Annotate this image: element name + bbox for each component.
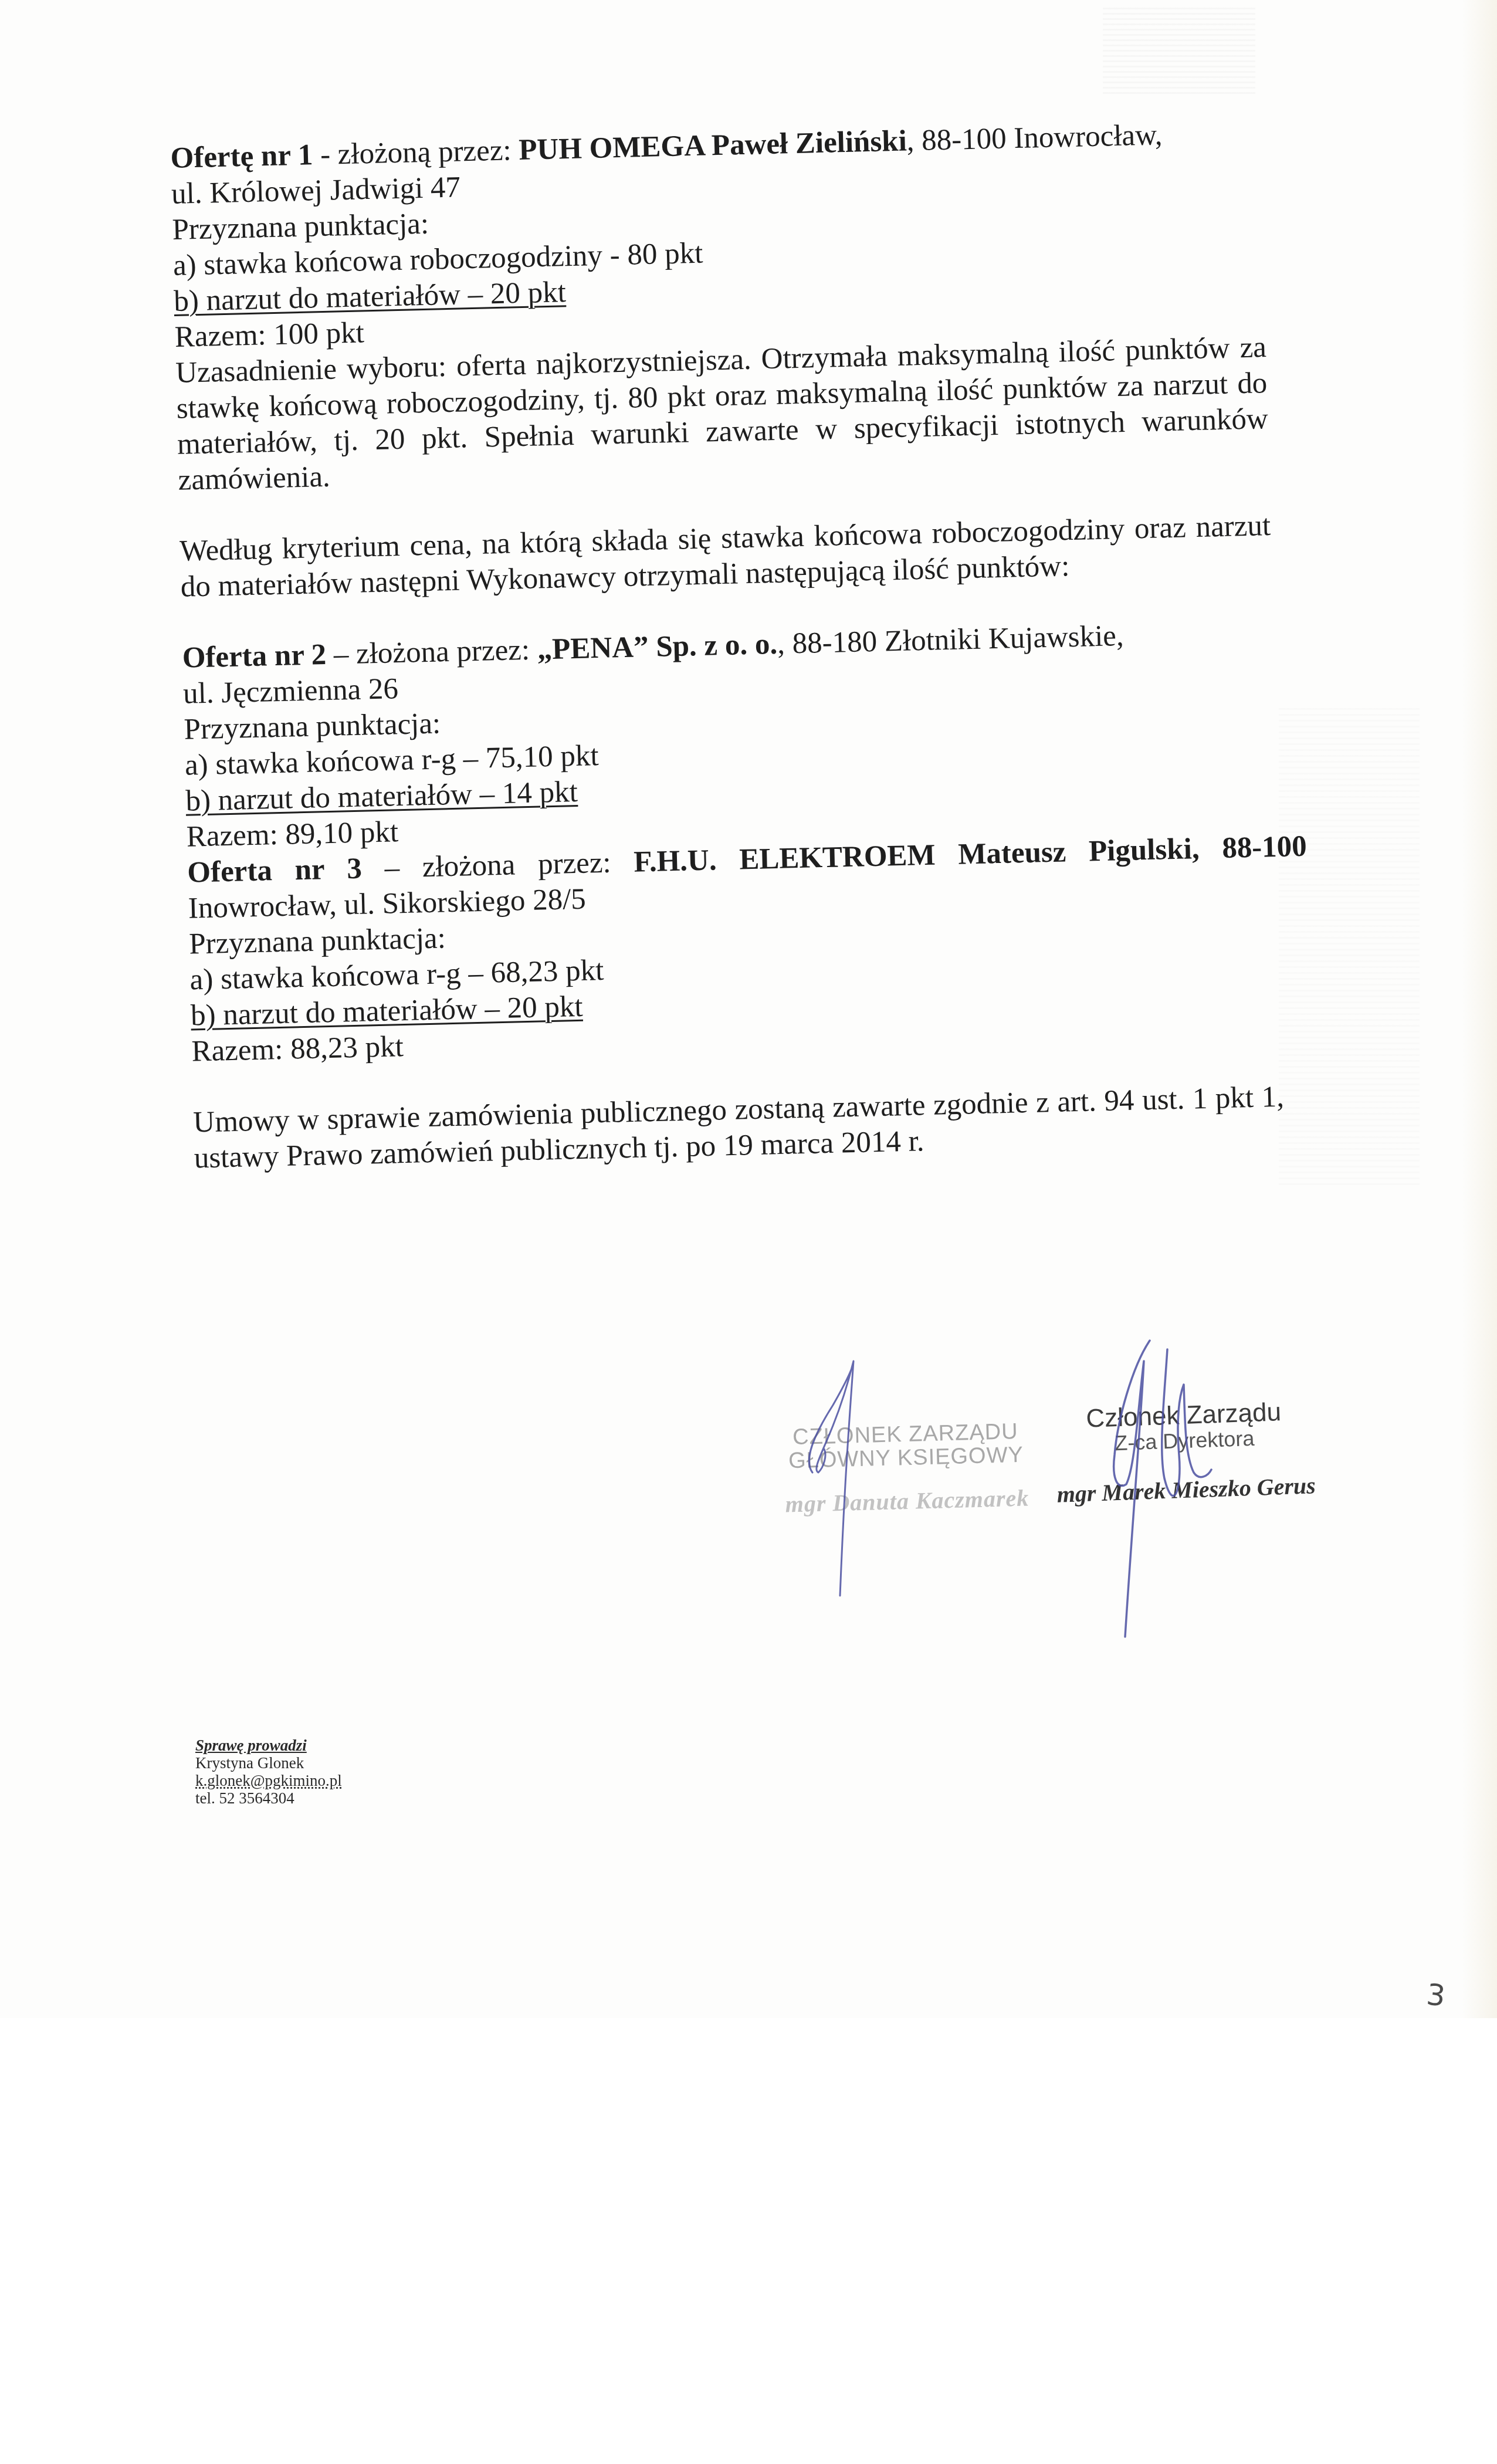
stamp-chief-accountant: CZŁONEK ZARZĄDU GŁÓWNY KSIĘGOWY mgr Danu… (779, 1419, 1034, 1518)
offer-1-label: Ofertę nr 1 (170, 138, 313, 175)
offer-1-item-b: b) narzut do materiałów – 20 pkt (174, 276, 567, 318)
offer-1-company: PUH OMEGA Paweł Zieliński (519, 124, 907, 167)
stamp-deputy-director: Członek Zarządu Z-ca Dyrektora mgr Marek… (1037, 1397, 1333, 1508)
scanned-page: Ofertę nr 1 - złożoną przez: PUH OMEGA P… (0, 0, 1497, 2018)
bleed-through-artifact (1103, 6, 1255, 94)
offer-2-company: „PENA” Sp. z o. o. (537, 628, 778, 666)
stamp-left-line2: GŁÓWNY KSIĘGOWY (780, 1443, 1032, 1473)
offer-3-tail: 88-100 (1199, 830, 1308, 865)
offer-3-mid: – złożona przez: (361, 846, 634, 885)
stamp-left-name: mgr Danuta Kaczmarek (781, 1484, 1034, 1518)
offer-2-label: Oferta nr 2 (182, 638, 327, 675)
offer-3: Oferta nr 3 – złożona przez: F.H.U. ELEK… (187, 829, 1306, 1070)
offer-1-mid: - złożoną przez: (313, 134, 519, 171)
offer-2: Oferta nr 2 – złożona przez: „PENA” Sp. … (182, 614, 1301, 855)
stamp-right-name: mgr Marek Mieszko Gerus (1039, 1471, 1333, 1508)
contact-name: Krystyna Glonek (195, 1754, 342, 1772)
contact-email-link[interactable]: k.glonek@pgkimino.pl (195, 1772, 342, 1789)
page-number: 3 (1425, 1977, 1447, 2013)
offer-1-tail: , 88-100 Inowrocław, (906, 119, 1163, 157)
document-body: Ofertę nr 1 - złożoną przez: PUH OMEGA P… (170, 114, 1309, 1176)
offer-3-label: Oferta nr 3 (187, 852, 363, 889)
offer-3-item-b: b) narzut do materiałów – 20 pkt (190, 990, 583, 1033)
scan-edge-shadow (1462, 0, 1497, 2018)
contact-phone: tel. 52 3564304 (195, 1789, 342, 1807)
offer-1: Ofertę nr 1 - złożoną przez: PUH OMEGA P… (170, 114, 1293, 499)
offer-2-mid: – złożona przez: (326, 634, 538, 671)
offer-2-tail: , 88-180 Złotniki Kujawskie, (777, 620, 1124, 661)
contact-block: Sprawę prowadzi Krystyna Glonek k.glonek… (195, 1737, 342, 1807)
contact-heading: Sprawę prowadzi (195, 1737, 342, 1754)
offer-1-justification: Uzasadnienie wyboru: oferta najkorzystni… (175, 330, 1269, 499)
offer-2-item-b: b) narzut do materiałów – 14 pkt (185, 776, 578, 818)
